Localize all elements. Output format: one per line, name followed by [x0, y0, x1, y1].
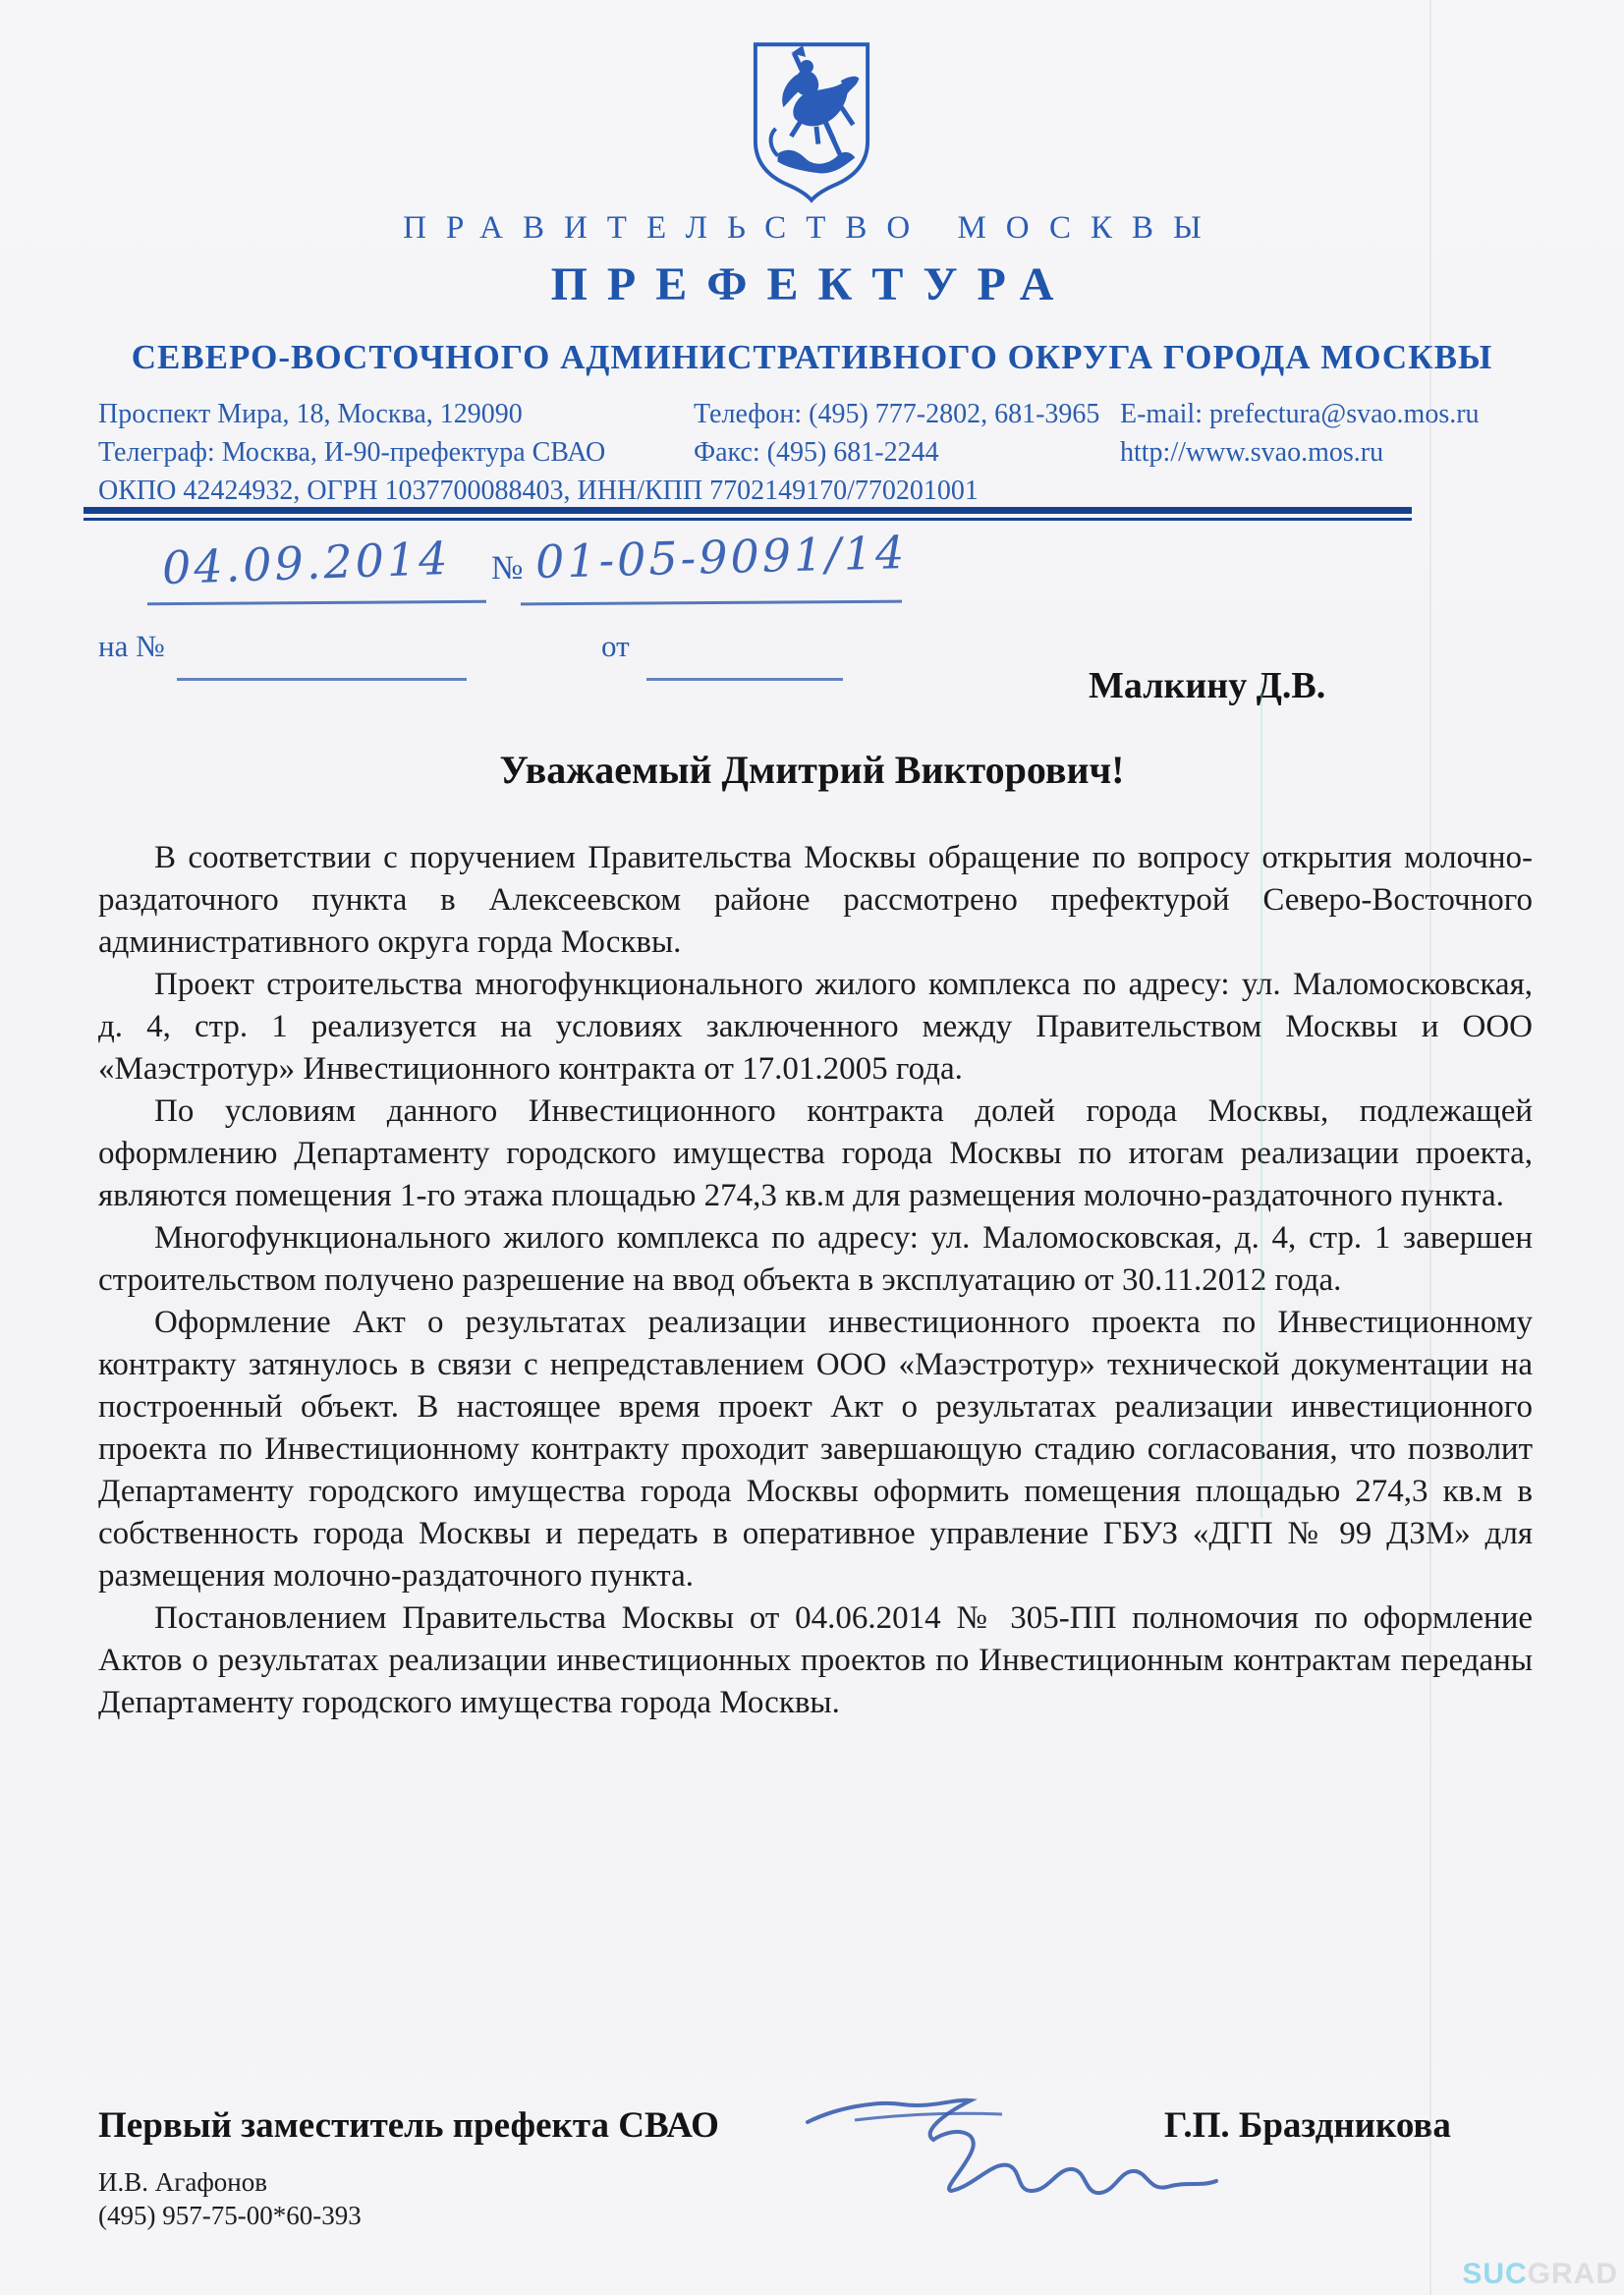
scan-seam-right	[1429, 0, 1431, 2295]
watermark: SUCGRAD	[1462, 2258, 1618, 2291]
contact-codes: ОКПО 42424932, ОГРН 1037700088403, ИНН/К…	[98, 476, 979, 507]
executor-phone: (495) 957-75-00*60-393	[98, 2201, 362, 2231]
executor-name: И.В. Агафонов	[98, 2167, 267, 2198]
district-title: СЕВЕРО-ВОСТОЧНОГО АДМИНИСТРАТИВНОГО ОКРУ…	[0, 338, 1624, 377]
paragraph: В соответствии с поручением Правительств…	[98, 837, 1533, 964]
government-title: ПРАВИТЕЛЬСТВО МОСКВЫ	[0, 210, 1624, 247]
moscow-coat-of-arms-icon	[749, 39, 874, 204]
handwritten-date: 04.09.2014	[161, 532, 451, 594]
contact-website: http://www.svao.mos.ru	[1120, 437, 1383, 469]
scanned-letter-page: ПРАВИТЕЛЬСТВО МОСКВЫ ПРЕФЕКТУРА СЕВЕРО-В…	[0, 0, 1624, 2295]
reply-to-underline	[177, 678, 467, 681]
paragraph: По условиям данного Инвестиционного конт…	[98, 1091, 1533, 1217]
number-underline	[521, 600, 902, 606]
paragraph: Проект строительства многофункциональног…	[98, 964, 1533, 1091]
contact-telegraph: Телеграф: Москва, И-90-префектура СВАО	[98, 437, 605, 469]
watermark-secondary: GRAD	[1528, 2258, 1618, 2290]
signoff-name: Г.П. Браздникова	[1164, 2104, 1451, 2147]
reply-from-label: от	[601, 629, 630, 664]
signoff-position: Первый заместитель префекта СВАО	[98, 2104, 719, 2147]
date-underline	[147, 600, 486, 605]
paragraph: Оформление Акт о результатах реализации …	[98, 1302, 1533, 1597]
contact-phone: Телефон: (495) 777-2802, 681-3965	[694, 399, 1099, 430]
recipient-name: Малкину Д.В.	[1089, 664, 1325, 707]
salutation: Уважаемый Дмитрий Викторович!	[0, 747, 1624, 793]
contact-address: Проспект Мира, 18, Москва, 129090	[98, 399, 523, 430]
reply-to-label: на №	[98, 629, 165, 664]
contact-email: E-mail: prefectura@svao.mos.ru	[1120, 399, 1480, 430]
number-sign: №	[491, 550, 523, 588]
reply-from-underline	[646, 678, 843, 681]
watermark-primary: SUC	[1462, 2258, 1527, 2290]
letter-body: В соответствии с поручением Правительств…	[98, 837, 1533, 1724]
paragraph: Многофункционального жилого комплекса по…	[98, 1217, 1533, 1302]
handwritten-number: 01-05-9091/14	[534, 526, 908, 588]
scan-seam-cyan	[1260, 683, 1262, 1518]
prefecture-title: ПРЕФЕКТУРА	[0, 257, 1624, 311]
letterhead-divider-rule	[84, 507, 1412, 521]
paragraph: Постановлением Правительства Москвы от 0…	[98, 1597, 1533, 1724]
signature-scribble	[796, 2071, 1228, 2204]
contact-fax: Факс: (495) 681-2244	[694, 437, 939, 469]
